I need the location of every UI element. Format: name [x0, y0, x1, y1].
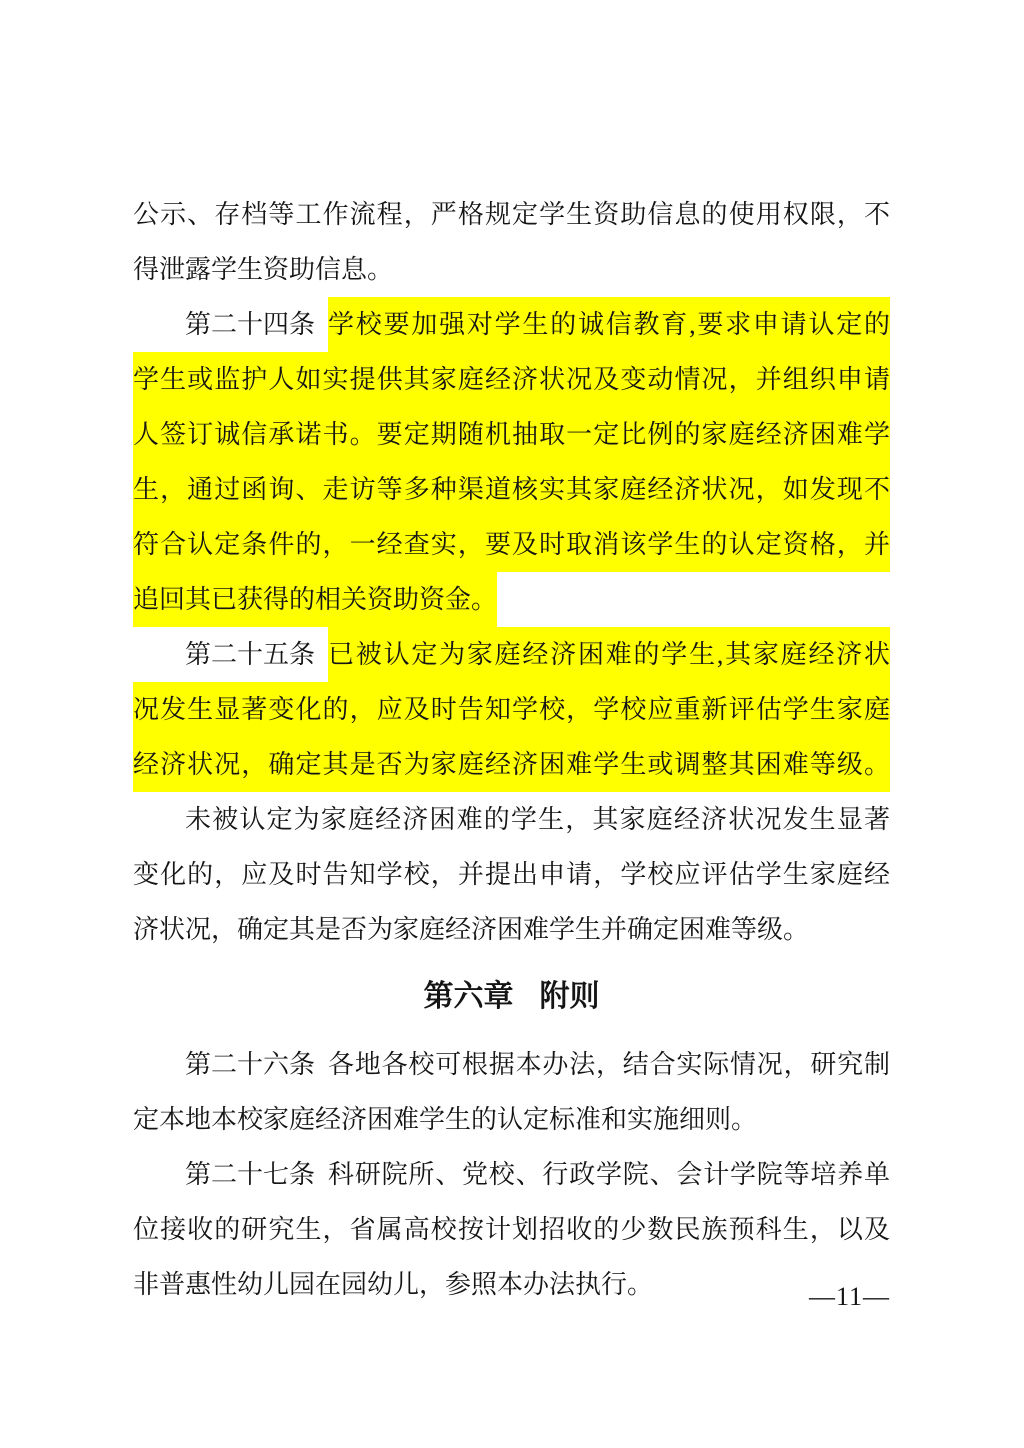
- paragraph-indent: [133, 1037, 185, 1092]
- chapter-6-body: 第二十六条 各地各校可根据本办法，结合实际情况，研究制 定本地本校家庭经济困难学…: [133, 1037, 890, 1312]
- paragraph-unrecognized-line-1: 未被认定为家庭经济困难的学生，其家庭经济状况发生显著: [133, 792, 890, 847]
- article-24-label: 第二十四条: [185, 297, 315, 352]
- paragraph-indent: [133, 627, 185, 682]
- chapter-heading: 第六章附则: [133, 971, 890, 1023]
- article-24-highlight-1: 学校要加强对学生的诚信教育,要求申请认定的: [328, 297, 890, 352]
- article-25-highlight-2: 况发生显著变化的，应及时告知学校，学校应重新评估学生家庭: [133, 682, 890, 737]
- paragraph-indent: [133, 297, 185, 352]
- paragraph-unrecognized-line-3: 济状况，确定其是否为家庭经济困难学生并确定困难等级。: [133, 902, 890, 957]
- article-25-line-1: 第二十五条 已被认定为家庭经济困难的学生,其家庭经济状: [133, 627, 890, 682]
- article-26-label: 第二十六条: [185, 1037, 315, 1092]
- article-24-highlight-3: 人签订诚信承诺书。要定期随机抽取一定比例的家庭经济困难学: [133, 407, 890, 462]
- chapter-title: 附则: [540, 980, 600, 1013]
- article-27-label: 第二十七条: [185, 1147, 315, 1202]
- article-26-line-2: 定本地本校家庭经济困难学生的认定标准和实施细则。: [133, 1092, 890, 1147]
- article-25-highlight-3: 经济状况，确定其是否为家庭经济困难学生或调整其困难等级。: [133, 737, 890, 792]
- article-26-line-1: 第二十六条 各地各校可根据本办法，结合实际情况，研究制: [133, 1037, 890, 1092]
- document-page: 公示、存档等工作流程，严格规定学生资助信息的使用权限，不 得泄露学生资助信息。 …: [0, 0, 1024, 1448]
- article-25-label: 第二十五条: [185, 627, 315, 682]
- article-26-text-1: 各地各校可根据本办法，结合实际情况，研究制: [328, 1037, 890, 1092]
- article-24-line-6: 追回其已获得的相关资助资金。: [133, 572, 890, 627]
- intro-line-1: 公示、存档等工作流程，严格规定学生资助信息的使用权限，不: [133, 187, 890, 242]
- article-24-highlight-2: 学生或监护人如实提供其家庭经济状况及变动情况，并组织申请: [133, 352, 890, 407]
- article-24-highlight-5: 符合认定条件的，一经查实，要及时取消该学生的认定资格，并: [133, 517, 890, 572]
- article-27-text-1: 科研院所、党校、行政学院、会计学院等培养单: [328, 1147, 890, 1202]
- article-24-line-1: 第二十四条 学校要加强对学生的诚信教育,要求申请认定的: [133, 297, 890, 352]
- page-number: —11—: [809, 1282, 890, 1312]
- article-24-highlight-4: 生，通过函询、走访等多种渠道核实其家庭经济状况，如发现不: [133, 462, 890, 517]
- article-25-highlight-1: 已被认定为家庭经济困难的学生,其家庭经济状: [328, 627, 890, 682]
- intro-line-2: 得泄露学生资助信息。: [133, 242, 890, 297]
- article-27-line-3: 非普惠性幼儿园在园幼儿，参照本办法执行。: [133, 1257, 890, 1312]
- paragraph-indent: [133, 1147, 185, 1202]
- chapter-number: 第六章: [424, 980, 514, 1013]
- article-27-line-1: 第二十七条 科研院所、党校、行政学院、会计学院等培养单: [133, 1147, 890, 1202]
- article-27-line-2: 位接收的研究生，省属高校按计划招收的少数民族预科生，以及: [133, 1202, 890, 1257]
- paragraph-unrecognized-line-2: 变化的，应及时告知学校，并提出申请，学校应评估学生家庭经: [133, 847, 890, 902]
- document-body: 公示、存档等工作流程，严格规定学生资助信息的使用权限，不 得泄露学生资助信息。 …: [133, 187, 890, 1312]
- article-24-highlight-6: 追回其已获得的相关资助资金。: [133, 572, 497, 627]
